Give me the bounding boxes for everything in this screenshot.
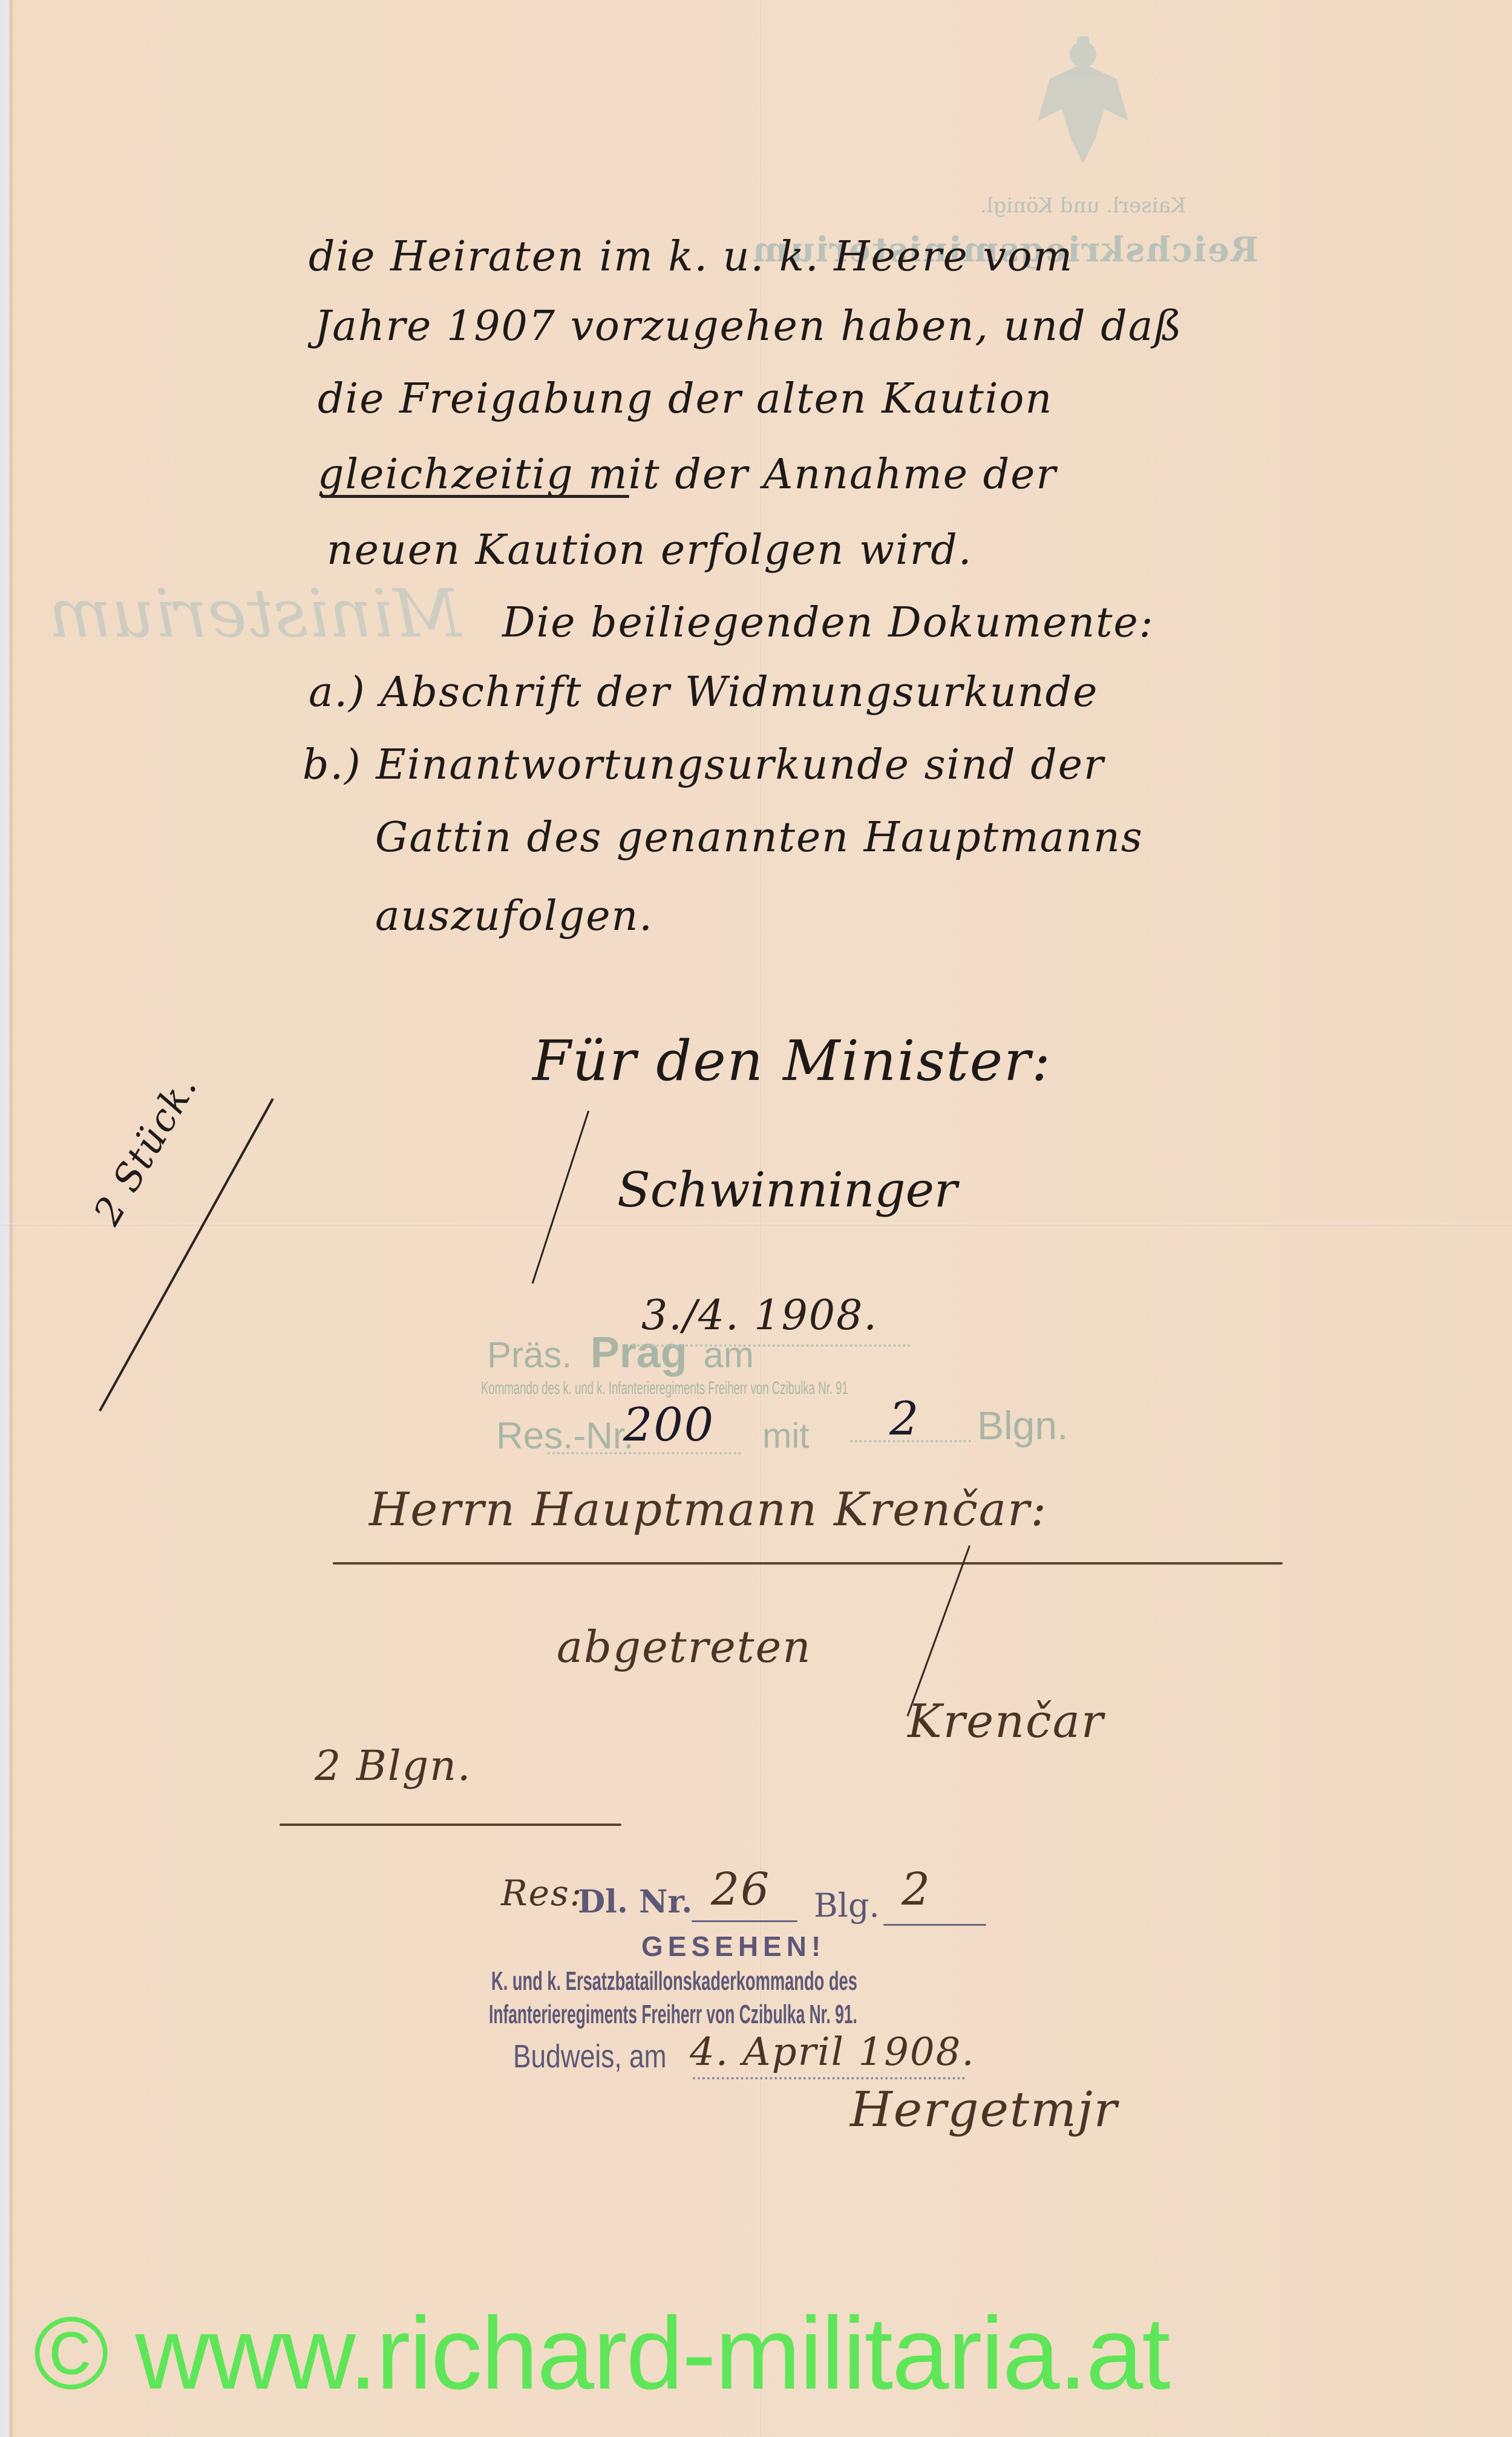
margin-note: 2 Stück. <box>85 1066 206 1232</box>
addressee-line: Herrn Hauptmann Krenčar: <box>369 1482 1047 1536</box>
body-line-8: b.) Einantwortungsurkunde sind der <box>303 741 1104 789</box>
stamp-budweis-date-line <box>693 2077 965 2079</box>
stamp-prag-date: 3./4. 1908. <box>641 1292 878 1340</box>
copyright-watermark: © www.richard-militaria.at <box>33 2302 1170 2405</box>
body-line-1: die Heiraten im k. u. k. Heere vom <box>309 233 1073 281</box>
body-line-6: Die beiliegenden Dokumente: <box>502 599 1154 647</box>
stamp-budweis-dlnr-label: Dl. Nr. <box>578 1883 692 1920</box>
stamp-prag-blgn: Blgn. <box>977 1402 1068 1448</box>
stamp-budweis-res-prefix: Res: <box>501 1873 583 1914</box>
underline-gleichzeitig <box>321 495 629 498</box>
attachments-underline <box>280 1824 621 1826</box>
minister-signature: Schwinninger <box>617 1162 957 1218</box>
stamp-budweis-dlnr: 26 <box>711 1863 770 1915</box>
body-line-9: Gattin des genannten Hauptmanns <box>375 814 1144 862</box>
attachments-note: 2 Blgn. <box>315 1742 472 1790</box>
letterhead-line1: Kaiserl. und Königl. <box>908 194 1258 218</box>
signature-flourish <box>907 1545 970 1716</box>
body-line-2: Jahre 1907 vorzugehen haben, und daß <box>315 303 1183 350</box>
stamp-budweis-title: GESEHEN! <box>641 1930 825 1963</box>
stamp-budweis-blg-line <box>883 1924 986 1926</box>
stamp-prag-date-line <box>632 1344 911 1347</box>
document-page: Kaiserl. und Königl. Reichskriegsministe… <box>0 0 1512 2437</box>
stamp-prag-mit: mit <box>762 1416 809 1456</box>
addressee-underline <box>333 1562 1283 1565</box>
stamp-budweis-blg: 2 <box>902 1863 931 1915</box>
stamp-budweis-line1: K. und k. Ersatzbataillonskaderkommando … <box>491 1966 857 1997</box>
body-line-10: auszufolgen. <box>375 892 653 940</box>
stamp-budweis-line2: Infanterieregiments Freiherr von Czibulk… <box>489 2000 857 2030</box>
stamp-budweis-place-date-label: Budweis, am <box>513 2038 666 2075</box>
stamp-prag-res-label: Res.-Nr. <box>496 1415 633 1457</box>
stamp-budweis-signature: Hergetmjr <box>850 2081 1118 2138</box>
delivered-note: abgetreten <box>557 1621 812 1672</box>
stamp-budweis-dlnr-line <box>692 1920 797 1922</box>
show-through-text: Ministerium <box>48 575 462 652</box>
horizontal-fold-crease <box>0 1223 1512 1226</box>
body-line-5: neuen Kaution erfolgen wird. <box>327 526 972 574</box>
body-line-4: gleichzeitig mit der Annahme der <box>318 451 1057 499</box>
double-headed-eagle-icon <box>1026 36 1141 169</box>
stamp-prag-res-line <box>548 1452 741 1454</box>
stamp-budweis-date: 4. April 1908. <box>690 2030 975 2075</box>
stamp-prag-attachments: 2 <box>889 1392 920 1445</box>
body-line-3: die Freigabung der alten Kaution <box>318 375 1053 423</box>
stamp-prag-command: Kommando des k. und k. Infanterieregimen… <box>481 1378 848 1399</box>
addressee-signature: Krenčar <box>908 1694 1104 1748</box>
stamp-prag-res-nr: 200 <box>623 1398 715 1451</box>
stamp-budweis-blg-label: Blg. <box>814 1886 880 1925</box>
for-minister-label: Für den Minister: <box>532 1029 1052 1093</box>
signature-stroke <box>532 1111 590 1284</box>
body-line-7: a.) Abschrift der Widmungsurkunde <box>309 669 1098 716</box>
